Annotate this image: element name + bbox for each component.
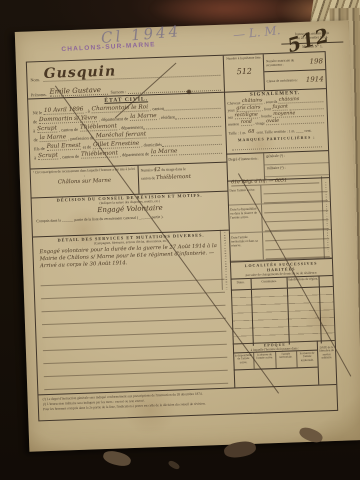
- localities-cell: [231, 289, 253, 346]
- print-fragment: , à: [85, 108, 89, 113]
- epoch-col: la réserve de l'armée territoriale.: [296, 351, 318, 368]
- successive-localities-table: LOCALITÉS SUCCESSIVES HABITÉES par suite…: [230, 258, 335, 345]
- transfer-epoch-main: ÉPOQUE à laquelle l'homme doit passer da…: [233, 341, 318, 388]
- draw-number-value: 42: [153, 167, 160, 173]
- print-fragment: Né le: [33, 110, 43, 115]
- print-fragment: canton de: [141, 176, 155, 180]
- handwritten-value: Scrupt: [38, 153, 58, 161]
- epoch-header-row: la disponibilité de l'armée active. la r…: [233, 350, 318, 371]
- print-fragment: , département de: [120, 151, 149, 157]
- localities-cell: [251, 288, 289, 345]
- handwritten-value: 10 Avril 1896: [44, 107, 84, 115]
- print-fragment: , canton de: [60, 154, 79, 160]
- right-column: SIGNALEMENT. Cheveuxchâtains, sourcilsch…: [224, 88, 336, 387]
- print-fragment: fils de: [34, 146, 45, 151]
- handwritten-value: moyenne: [273, 111, 295, 118]
- corps-group-territorial: Dans l'armée territoriale et dans sa rés…: [229, 230, 332, 262]
- census-district-value: Châlons sur Marne: [33, 177, 136, 188]
- class-label: Classe de mobilisation :: [267, 78, 299, 83]
- corps-group-label: Dans l'armée active.: [227, 185, 261, 204]
- handwritten-value: Paul Ernest: [47, 143, 81, 151]
- corps-group-lines: [262, 230, 332, 259]
- height-value: 68: [248, 129, 255, 135]
- pencil-initials: — L. M.: [232, 23, 281, 42]
- nickname-label: Surnom :: [111, 89, 127, 95]
- vertical-caption-strip: [318, 276, 332, 286]
- corps-group-label: Dans la disponibilité ou dans la réserve…: [228, 204, 262, 232]
- localities-empty-rows: [231, 287, 335, 347]
- print-fragment: , canton de: [59, 127, 78, 133]
- class-row: Classe de mobilisation : 1914: [264, 69, 326, 89]
- handwritten-value: rond: [241, 120, 253, 126]
- particular-marks-title: MARQUES PARTICULIÈRES :: [226, 135, 328, 143]
- corps-group-lines: [260, 183, 330, 203]
- corps-group-reserve: Dans la disponibilité ou dans la réserve…: [228, 202, 331, 234]
- print-fragment: , bouche: [259, 114, 272, 118]
- handwritten-value: la Marne: [151, 148, 178, 156]
- education-label: Degré d'instruction :: [226, 153, 264, 180]
- handwritten-value: rectiligne: [234, 113, 258, 120]
- census-district-label1: ¹ Circonscription de recensement dans la…: [33, 168, 99, 174]
- list-number-box: Numéro à la présente liste. 512: [223, 54, 265, 91]
- handwritten-value: gris clairs: [236, 105, 260, 112]
- handwritten-value: ovale: [266, 119, 279, 125]
- print-fragment: , profession de: [68, 135, 94, 141]
- localities-col-subdivisions: Subdivisions de région.: [286, 276, 318, 287]
- matricule-form: Nom. Gusquin Prénoms. Emile Gustave Surn…: [26, 51, 338, 421]
- dotted-blank: [232, 142, 322, 150]
- print-fragment: à: [34, 155, 36, 160]
- matricule-value: 198: [309, 57, 323, 65]
- surname-label: Nom.: [30, 77, 40, 82]
- localities-cell: [287, 287, 321, 344]
- handwritten-value: Thiéblemont: [80, 123, 117, 131]
- print-fragment: , département de: [99, 116, 128, 122]
- list-number-value: 512: [236, 67, 252, 77]
- corps-group-lines: [261, 202, 331, 231]
- localities-cell: [319, 287, 335, 343]
- epoch-col: la réserve de l'armée active.: [253, 352, 275, 369]
- document-paper: Cl 1944 — L. M. CHALONS-SUR-MARNE Instru…: [15, 20, 360, 451]
- draw-canton-value: Thiéblemont: [156, 174, 191, 181]
- left-column: ÉTAT CIVIL. Né le10 Avril 1896, àCharmon…: [28, 92, 235, 395]
- localities-col-communes: Communes.: [251, 277, 287, 288]
- handwritten-value: châtains: [242, 98, 263, 105]
- corps-group-label: Dans l'armée territoriale et dans sa rés…: [229, 232, 263, 260]
- handwritten-value: Scrupt: [37, 126, 57, 134]
- archival-photo-background: Cl 1944 — L. M. CHALONS-SUR-MARNE Instru…: [0, 0, 360, 480]
- print-fragment: du tirage dans le: [161, 167, 185, 172]
- height-label: Taille : 1 m.: [228, 131, 246, 136]
- vertical-caption-strip: [321, 176, 332, 258]
- paper-debris: [102, 449, 132, 468]
- print-fragment: , visage: [253, 121, 264, 125]
- print-fragment: yeux: [228, 108, 235, 112]
- corps-assignment-table: 61e Régt d'Inf. — 6051 Dans l'armée acti…: [227, 176, 332, 263]
- education-military: militaire (²) :: [265, 163, 329, 177]
- print-fragment: , résidant: [159, 114, 175, 120]
- print-fragment: et de: [83, 144, 92, 149]
- print-fragment: Cheveux: [227, 101, 240, 105]
- matricule-class-box: Numéro matricule du recrutement : 198 Cl…: [263, 52, 326, 90]
- localities-col-dates: Dates.: [231, 278, 251, 289]
- firstnames-label: Prénoms.: [31, 92, 47, 98]
- print-fragment: de: [33, 137, 37, 142]
- print-fragment: , département: [119, 125, 143, 131]
- class-value: 1914: [306, 75, 324, 84]
- epoch-col: l'armée territoriale.: [275, 351, 297, 368]
- handwritten-value: châtains: [279, 97, 300, 104]
- dotted-blank: [180, 153, 223, 155]
- print-fragment: nez: [228, 115, 233, 119]
- matricule-row: Numéro matricule du recrutement : 198: [264, 52, 326, 71]
- print-fragment: , canton: [150, 106, 164, 111]
- recruitment-office-stamp: CHALONS-SUR-MARNE: [61, 41, 156, 53]
- print-fragment: Numéro: [140, 168, 152, 172]
- handwritten-value: fuyant: [272, 104, 288, 111]
- paper-debris: [167, 459, 180, 470]
- services-ruled-lines: [40, 267, 228, 390]
- services-section: DÉTAIL DES SERVICES ET MUTATIONS DIVERSE…: [33, 230, 234, 395]
- print-fragment: , domiciliés: [141, 142, 162, 148]
- print-fragment: de: [33, 119, 37, 124]
- liberation-date-column: DATE de la libération du service militai…: [317, 340, 337, 385]
- epoch-col: la disponibilité de l'armée active.: [233, 353, 254, 370]
- draw-number-cell: Numéro 42 du tirage dans le canton de Th…: [137, 163, 227, 194]
- transfer-epoch-table: ÉPOQUE à laquelle l'homme doit passer da…: [233, 340, 336, 388]
- handwritten-value: Thiéblemont: [81, 150, 118, 158]
- services-entry: Engagé volontaire pour la durée de la gu…: [39, 243, 224, 271]
- handwritten-value: la Marne: [130, 113, 157, 121]
- print-fragment: , front: [262, 107, 271, 111]
- list-number-label: Numéro à la présente liste.: [224, 54, 264, 61]
- matricule-label: Numéro matricule du recrutement :: [266, 57, 308, 66]
- handwritten-value: la Marne: [40, 134, 67, 142]
- height-corrected-label: cent. Taille rectifiée : 1 m. ____ cent.: [257, 129, 312, 135]
- print-fragment: menton: [228, 122, 239, 126]
- print-fragment: , sourcils: [264, 100, 277, 104]
- print-fragment: à: [33, 128, 35, 133]
- education-values: générale (¹) : militaire (²) :: [263, 151, 329, 179]
